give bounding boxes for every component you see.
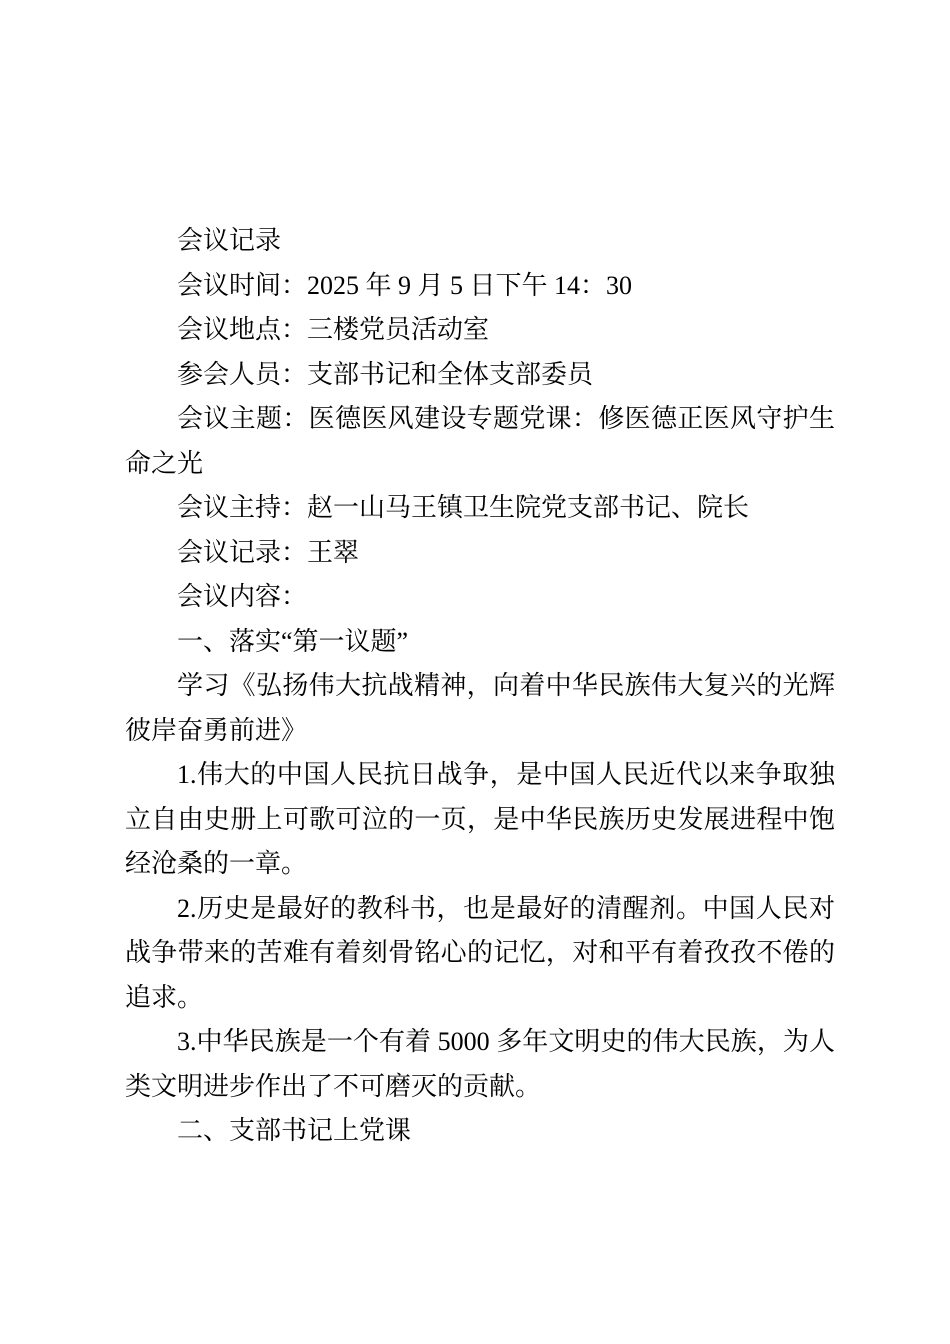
document-body: 会议记录 会议时间：2025 年 9 月 5 日下午 14：30 会议地点：三楼…	[125, 219, 835, 1154]
point-2-paragraph: 2.历史是最好的教科书，也是最好的清醒剂。中国人民对战争带来的苦难有着刻骨铭心的…	[125, 887, 835, 1021]
section-heading-2: 二、支部书记上党课	[125, 1109, 835, 1154]
point-1-paragraph: 1.伟大的中国人民抗日战争，是中国人民近代以来争取独立自由史册上可歌可泣的一页，…	[125, 753, 835, 887]
attendees-line: 参会人员：支部书记和全体支部委员	[125, 353, 835, 398]
meeting-topic-line: 会议主题：医德医风建设专题党课：修医德正医风守护生命之光	[125, 397, 835, 486]
meeting-time-line: 会议时间：2025 年 9 月 5 日下午 14：30	[125, 264, 835, 309]
meeting-place-line: 会议地点：三楼党员活动室	[125, 308, 835, 353]
doc-title: 会议记录	[125, 219, 835, 264]
meeting-content-label: 会议内容：	[125, 575, 835, 620]
section-heading-1: 一、落实“第一议题”	[125, 620, 835, 665]
study-title-line: 学习《弘扬伟大抗战精神，向着中华民族伟大复兴的光辉彼岸奋勇前进》	[125, 664, 835, 753]
meeting-recorder-line: 会议记录：王翠	[125, 531, 835, 576]
meeting-host-line: 会议主持：赵一山马王镇卫生院党支部书记、院长	[125, 486, 835, 531]
point-3-paragraph: 3.中华民族是一个有着 5000 多年文明史的伟大民族，为人类文明进步作出了不可…	[125, 1020, 835, 1109]
document-page: 会议记录 会议时间：2025 年 9 月 5 日下午 14：30 会议地点：三楼…	[0, 0, 950, 1344]
